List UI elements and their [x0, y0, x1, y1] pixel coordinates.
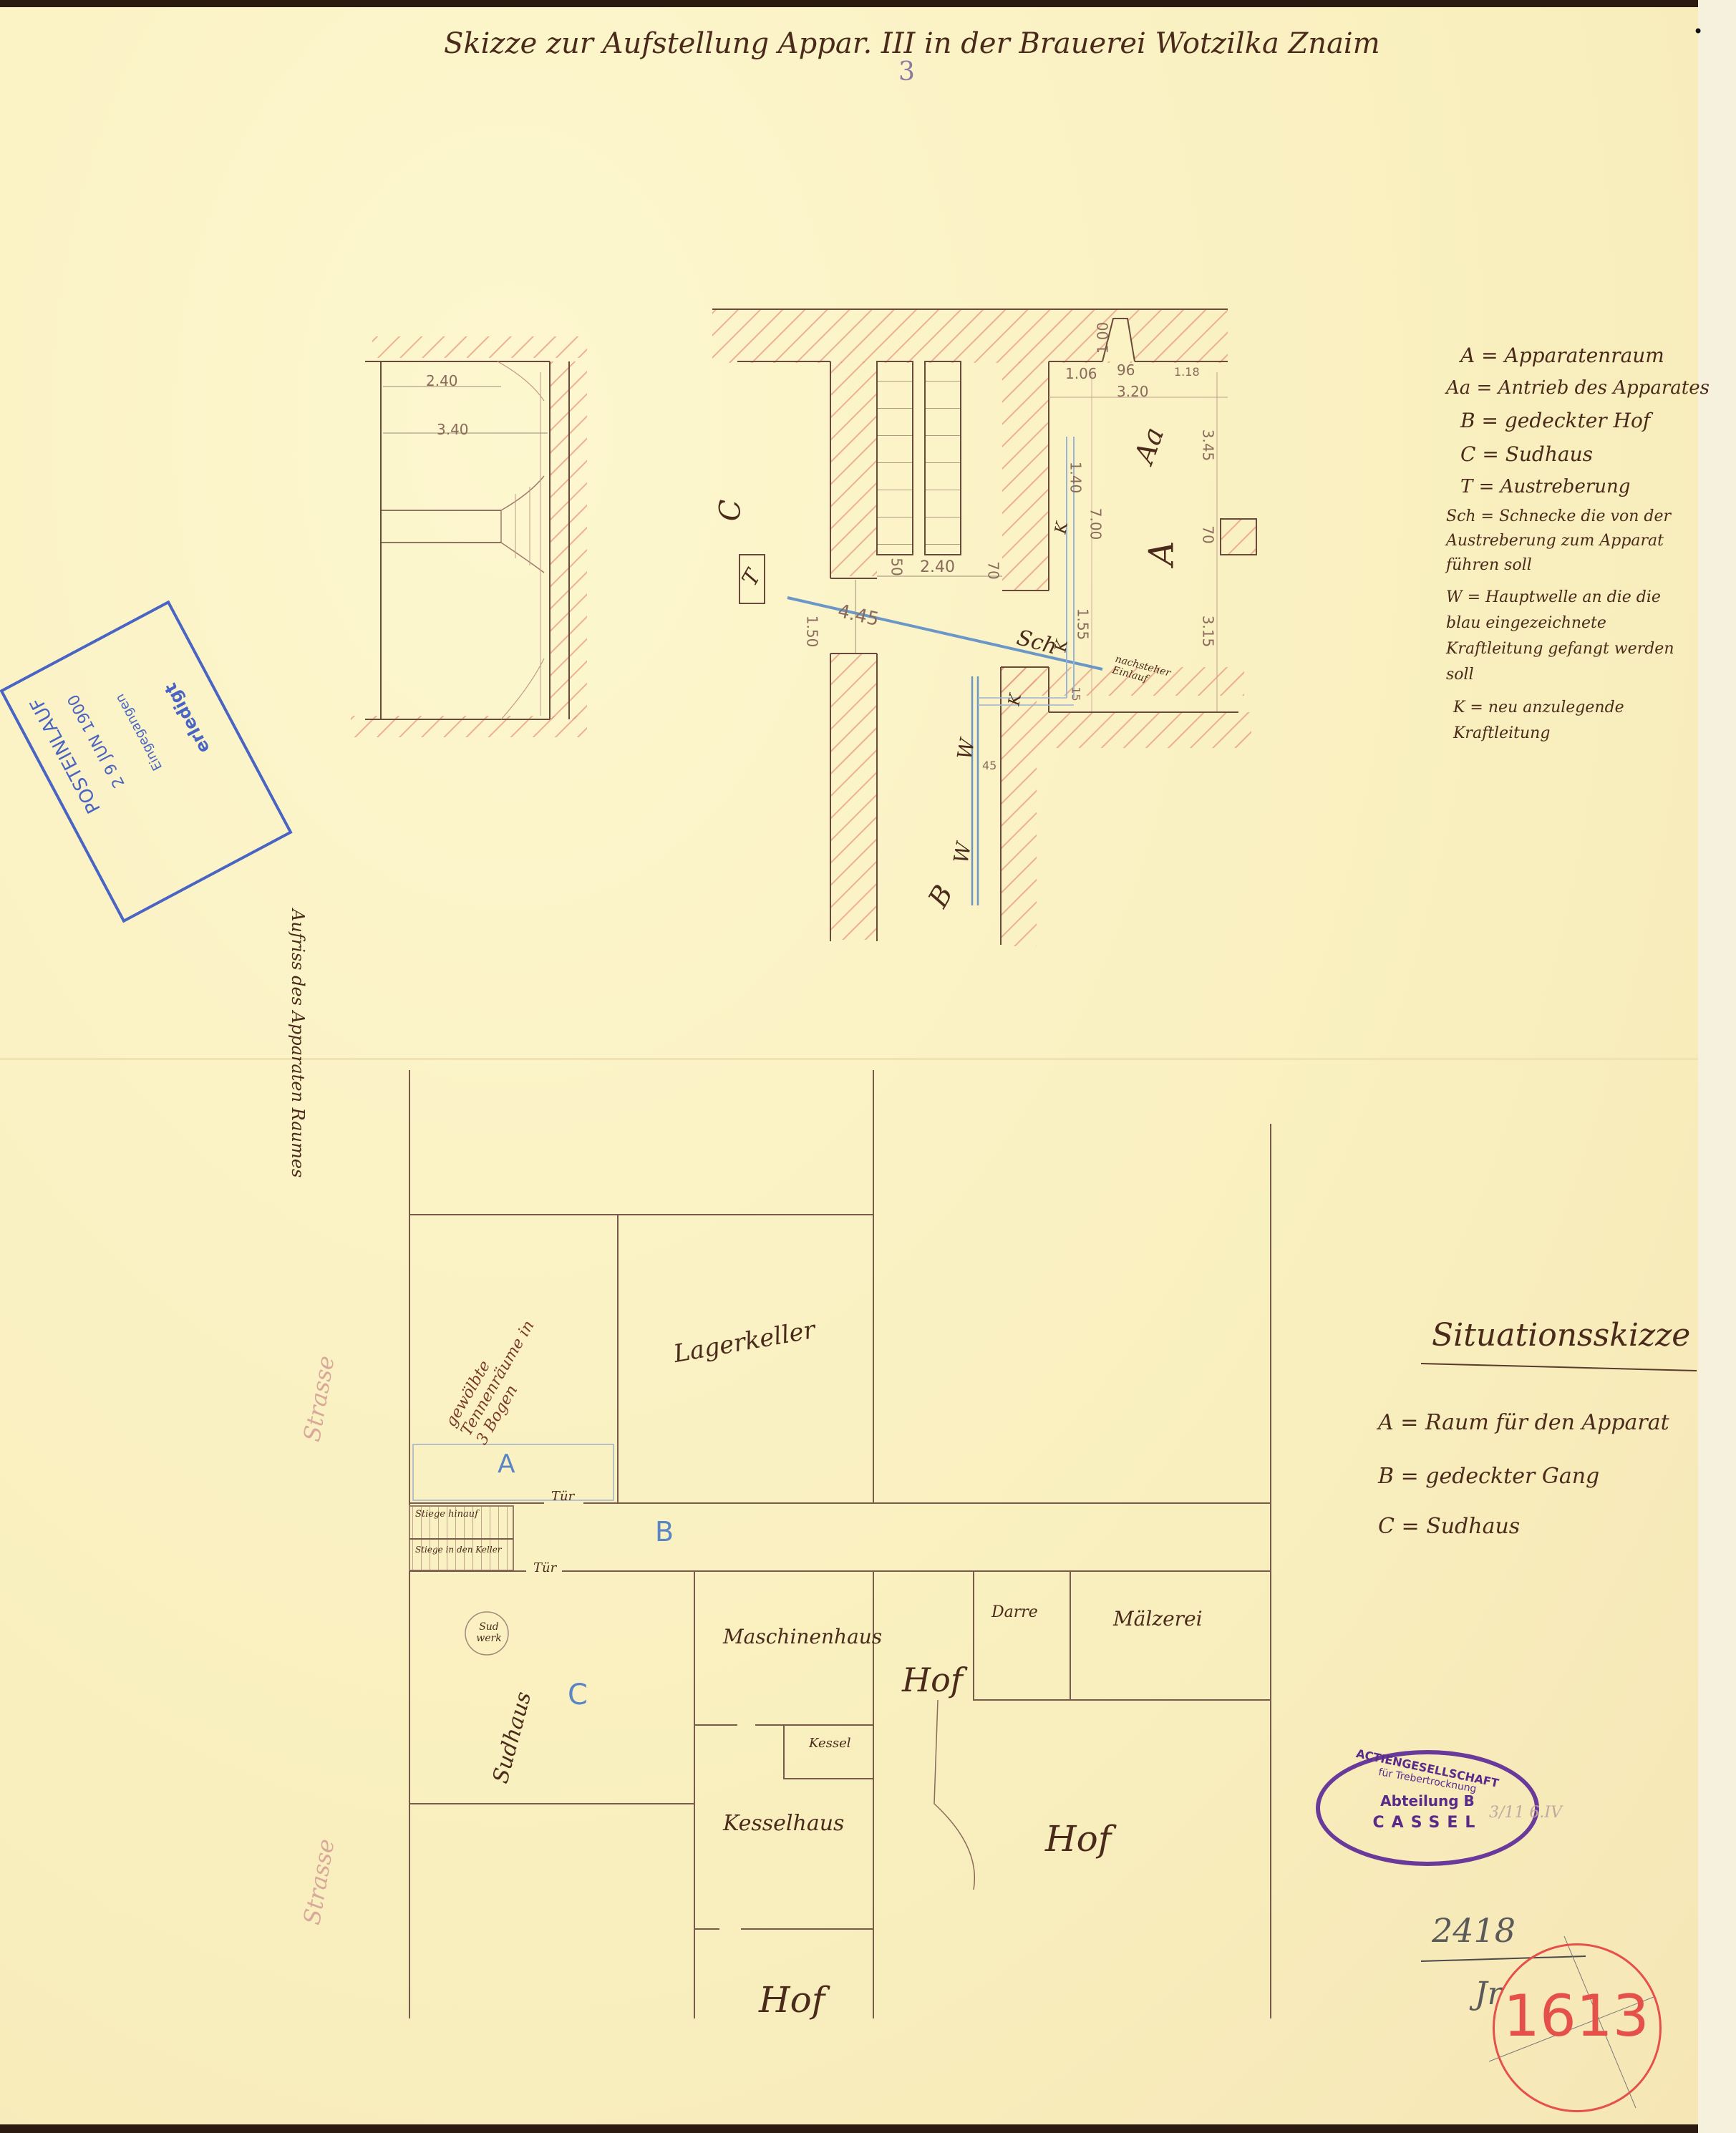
label-W2: W: [949, 840, 976, 865]
courtyard-label-1: Hof: [902, 1661, 963, 1699]
dim-label: 15: [1070, 686, 1083, 701]
dim-label: 1.00: [1094, 322, 1111, 354]
stamp-text: Eingegangen: [112, 691, 165, 773]
legend-item: Aa = Antrieb des Apparates: [1446, 377, 1704, 399]
legend-item: W = Hauptwelle an die die blau eingezeic…: [1446, 585, 1675, 688]
dim-label: 3.45: [1199, 429, 1216, 462]
detail-legend: A = Apparatenraum Aa = Antrieb des Appar…: [1446, 344, 1704, 754]
courtyard-label-2: Hof: [1045, 1818, 1111, 1860]
site-plan-drawing: [409, 1070, 1697, 2018]
stairs-cellar-label: Stiege in den Keller: [415, 1545, 502, 1555]
label-C: C: [714, 500, 747, 522]
dim-label: 1.18: [1174, 365, 1200, 379]
door-label-2: Tür: [533, 1560, 556, 1575]
site-legend-item: C = Sudhaus: [1378, 1514, 1520, 1539]
elevation-caption: Aufriss des Apparaten Raumes: [288, 909, 308, 1152]
legend-item: Sch = Schnecke die von der Austreberung …: [1446, 505, 1689, 578]
zone-A-label: A: [498, 1449, 515, 1479]
dim-label: 50: [888, 558, 906, 575]
room-kesselhaus: Kesselhaus: [723, 1811, 844, 1836]
elevation-dim-340: 3.40: [437, 421, 469, 438]
room-malzerei: Mälzerei: [1113, 1607, 1203, 1631]
pencil-note: 3/11 6.IV: [1489, 1804, 1562, 1822]
room-maschinenhaus: Maschinenhaus: [723, 1625, 882, 1648]
stamp-text: erledigt: [160, 680, 214, 757]
title-fraction: 3: [898, 57, 915, 87]
dim-label: 1.40: [1067, 462, 1084, 494]
document-title: Skizze zur Aufstellung Appar. III in der…: [444, 27, 1380, 60]
red-archive-number: 1613: [1503, 1983, 1649, 2049]
legend-item: B = gedeckter Hof: [1460, 409, 1704, 432]
stairs-up-label: Stiege hinauf: [415, 1509, 478, 1520]
corner-mark: •: [1693, 21, 1703, 42]
zone-B-label: B: [655, 1516, 674, 1547]
legend-item: C = Sudhaus: [1460, 442, 1704, 466]
dim-label: 45: [982, 759, 996, 772]
archive-number: 2418: [1432, 1911, 1516, 1950]
dim-label: 1.06: [1065, 365, 1097, 382]
label-W1: W: [953, 737, 979, 761]
detail-plan-drawing: [712, 309, 1256, 946]
dim-label: 7.00: [1087, 508, 1104, 540]
zone-C-label: C: [568, 1678, 588, 1711]
elevation-drawing: [351, 336, 587, 737]
sudwerk-label: Sud werk: [471, 1621, 507, 1644]
legend-item: A = Apparatenraum: [1460, 344, 1704, 367]
dim-label: 3.20: [1117, 383, 1149, 400]
legend-item: K = neu anzulegende Kraftleitung: [1453, 695, 1668, 747]
dim-label: 1.55: [1074, 608, 1091, 641]
legend-item: T = Austreberung: [1460, 476, 1704, 497]
site-legend-item: A = Raum für den Apparat: [1378, 1410, 1669, 1435]
courtyard-label-3: Hof: [759, 1979, 825, 2021]
door-label-1: Tür: [551, 1489, 574, 1504]
dim-label: 96: [1117, 361, 1135, 379]
site-legend-item: B = gedeckter Gang: [1378, 1464, 1599, 1489]
label-A: A: [1141, 541, 1181, 566]
room-darre: Darre: [991, 1603, 1038, 1621]
dim-label: 70: [1200, 525, 1217, 543]
dim-label: 3.15: [1199, 616, 1216, 648]
dim-label: 1.50: [803, 616, 820, 648]
site-plan-title: Situationsskizze: [1432, 1317, 1690, 1354]
elevation-dim-240: 2.40: [426, 372, 458, 389]
dim-label: 70: [985, 561, 1002, 579]
dim-label: 2.40: [920, 558, 955, 576]
room-kessel: Kessel: [809, 1736, 851, 1751]
